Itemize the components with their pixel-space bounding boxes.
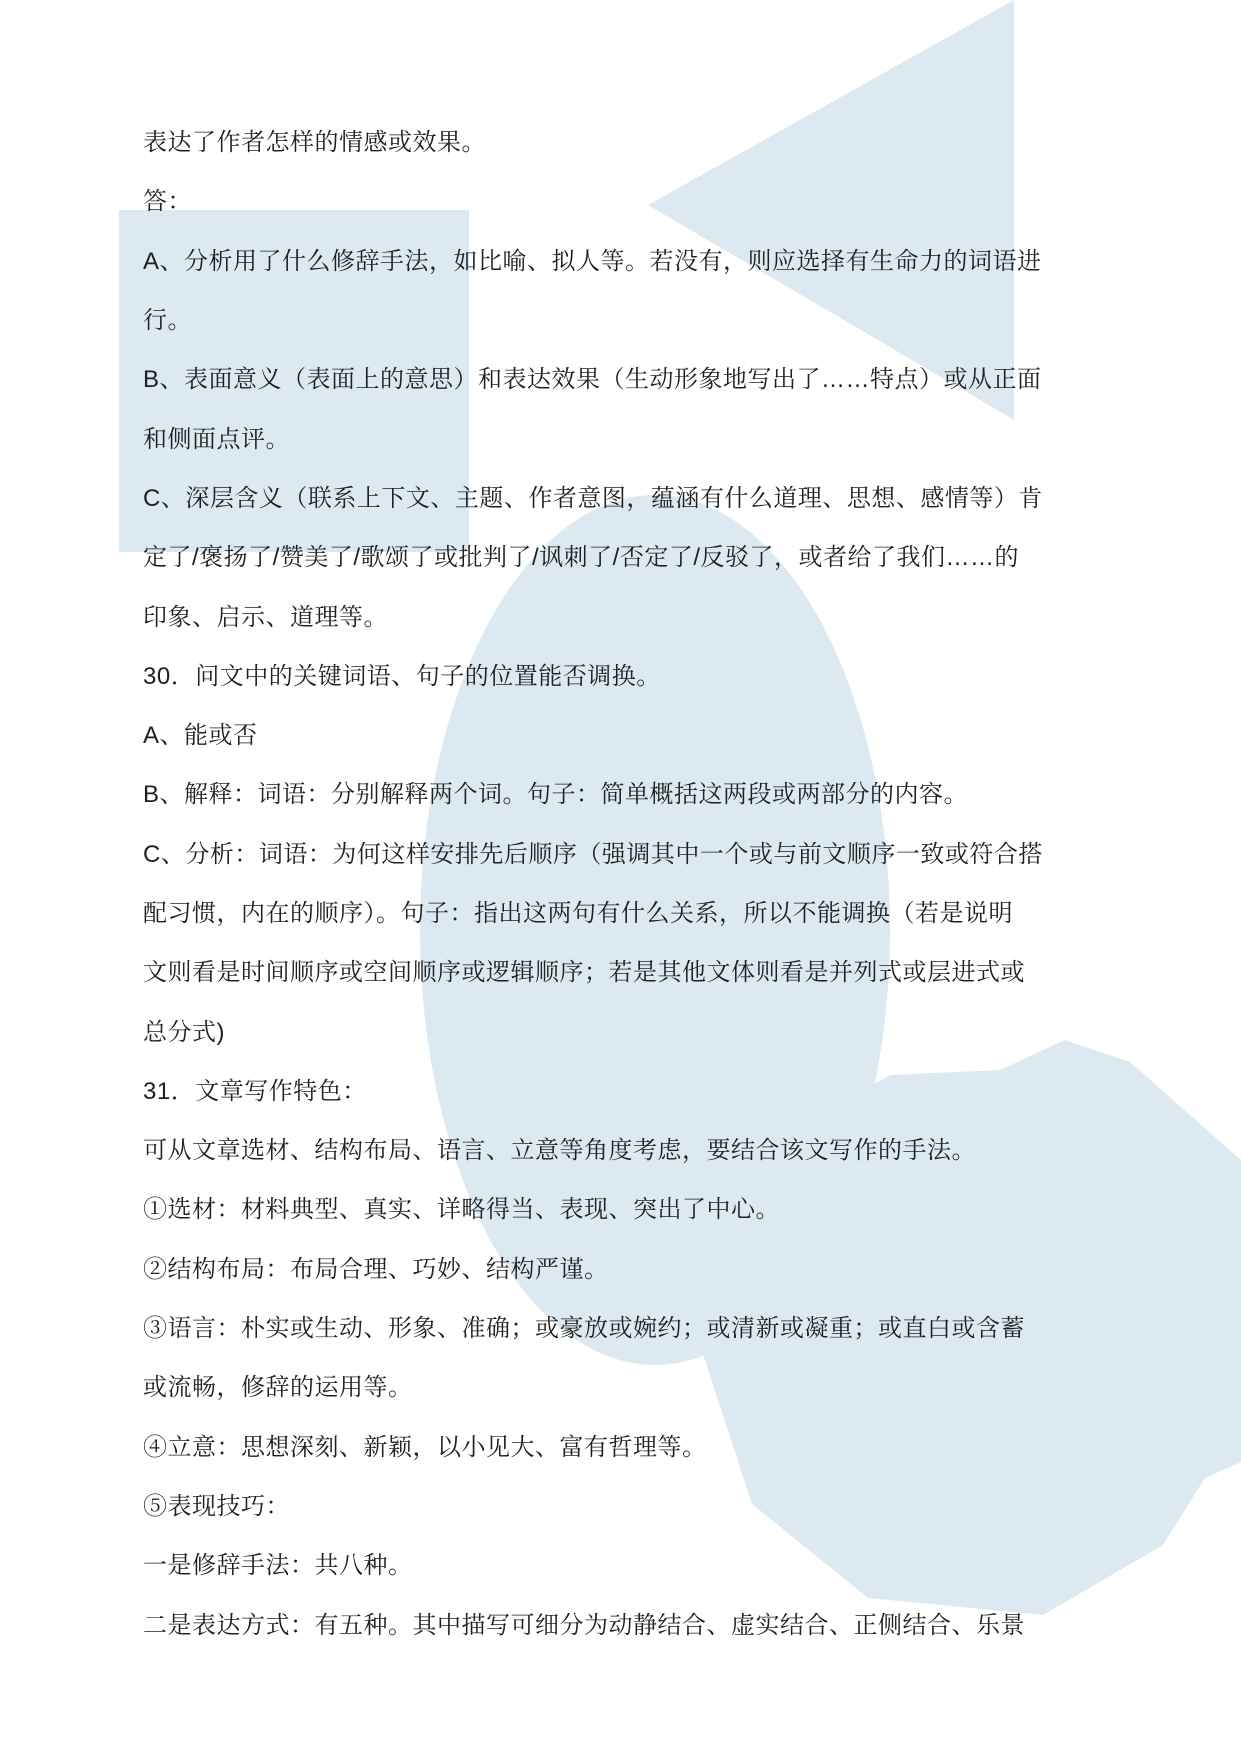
- text-line: ③语言：朴实或生动、形象、准确；或豪放或婉约；或清新或凝重；或直白或含蓄: [143, 1296, 1043, 1355]
- text-line: 一是修辞手法：共八种。: [143, 1533, 1043, 1592]
- text-line: A、能或否: [143, 703, 1043, 762]
- text-line: 表达了作者怎样的情感或效果。: [143, 110, 1043, 169]
- text-line: 答：: [143, 169, 1043, 228]
- text-line: 配习惯，内在的顺序）。句子：指出这两句有什么关系，所以不能调换（若是说明: [143, 881, 1043, 940]
- text-line: ②结构布局：布局合理、巧妙、结构严谨。: [143, 1237, 1043, 1296]
- text-line: 可从文章选材、结构布局、语言、立意等角度考虑，要结合该文写作的手法。: [143, 1118, 1043, 1177]
- text-line: A、分析用了什么修辞手法，如比喻、拟人等。若没有，则应选择有生命力的词语进: [143, 229, 1043, 288]
- text-line: 31．文章写作特色：: [143, 1059, 1043, 1118]
- document-page: 表达了作者怎样的情感或效果。答：A、分析用了什么修辞手法，如比喻、拟人等。若没有…: [143, 110, 1043, 1652]
- text-line: ⑤表现技巧：: [143, 1474, 1043, 1533]
- text-line: C、深层含义（联系上下文、主题、作者意图，蕴涵有什么道理、思想、感情等）肯: [143, 466, 1043, 525]
- text-line: 文则看是时间顺序或空间顺序或逻辑顺序；若是其他文体则看是并列式或层进式或: [143, 940, 1043, 999]
- text-line: C、分析：词语：为何这样安排先后顺序（强调其中一个或与前文顺序一致或符合搭: [143, 822, 1043, 881]
- text-line: ①选材：材料典型、真实、详略得当、表现、突出了中心。: [143, 1177, 1043, 1236]
- text-line: 总分式): [143, 999, 1043, 1058]
- text-line: 印象、启示、道理等。: [143, 584, 1043, 643]
- text-line: 定了/褒扬了/赞美了/歌颂了或批判了/讽刺了/否定了/反驳了，或者给了我们……的: [143, 525, 1043, 584]
- text-line: 行。: [143, 288, 1043, 347]
- text-line: ④立意：思想深刻、新颖，以小见大、富有哲理等。: [143, 1415, 1043, 1474]
- text-line: 30．问文中的关键词语、句子的位置能否调换。: [143, 644, 1043, 703]
- text-line: B、解释：词语：分别解释两个词。句子：简单概括这两段或两部分的内容。: [143, 762, 1043, 821]
- text-line: 和侧面点评。: [143, 406, 1043, 465]
- text-line: 或流畅，修辞的运用等。: [143, 1355, 1043, 1414]
- text-line: 二是表达方式：有五种。其中描写可细分为动静结合、虚实结合、正侧结合、乐景: [143, 1592, 1043, 1651]
- text-line: B、表面意义（表面上的意思）和表达效果（生动形象地写出了……特点）或从正面: [143, 347, 1043, 406]
